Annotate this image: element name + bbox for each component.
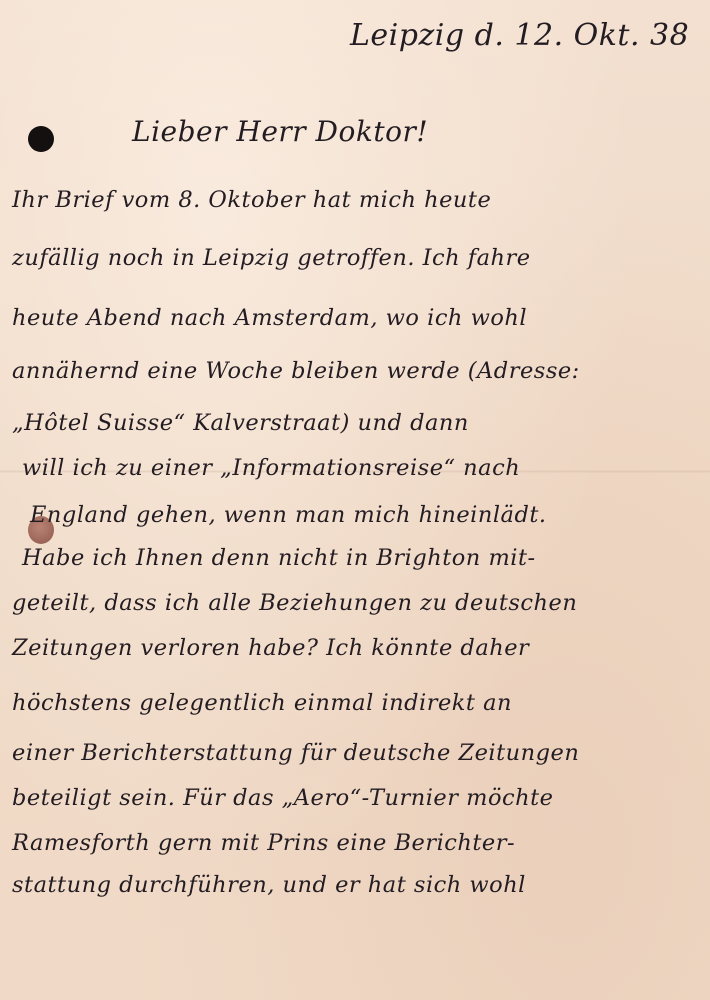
- letter-body-line: stattung durchführen, und er hat sich wo…: [12, 872, 526, 898]
- letter-body-line: Ihr Brief vom 8. Oktober hat mich heute: [12, 187, 491, 213]
- letter-body-line: annähernd eine Woche bleiben werde (Adre…: [12, 358, 580, 384]
- letter-body-line: beteiligt sein. Für das „Aero“-Turnier m…: [12, 785, 553, 811]
- letter-body-line: England gehen, wenn man mich hineinlädt.: [30, 502, 547, 528]
- letter-body-line: heute Abend nach Amsterdam, wo ich wohl: [12, 305, 527, 331]
- letter-body-line: Habe ich Ihnen denn nicht in Brighton mi…: [22, 545, 536, 571]
- letter-body-line: geteilt, dass ich alle Beziehungen zu de…: [12, 590, 577, 616]
- letter-salutation: Lieber Herr Doktor!: [132, 115, 428, 148]
- letter-body-line: Zeitungen verloren habe? Ich könnte dahe…: [12, 635, 529, 661]
- letter-body-line: einer Berichterstattung für deutsche Zei…: [12, 740, 579, 766]
- punch-hole-mark: [28, 126, 54, 152]
- letter-date-line: Leipzig d. 12. Okt. 38: [350, 18, 689, 53]
- letter-body-line: Ramesforth gern mit Prins eine Berichter…: [12, 830, 515, 856]
- letter-body-line: zufällig noch in Leipzig getroffen. Ich …: [12, 245, 531, 271]
- letter-body-line: höchstens gelegentlich einmal indirekt a…: [12, 690, 512, 716]
- letter-body-line: „Hôtel Suisse“ Kalverstraat) und dann: [12, 410, 469, 436]
- letter-body-line: will ich zu einer „Informationsreise“ na…: [22, 455, 520, 481]
